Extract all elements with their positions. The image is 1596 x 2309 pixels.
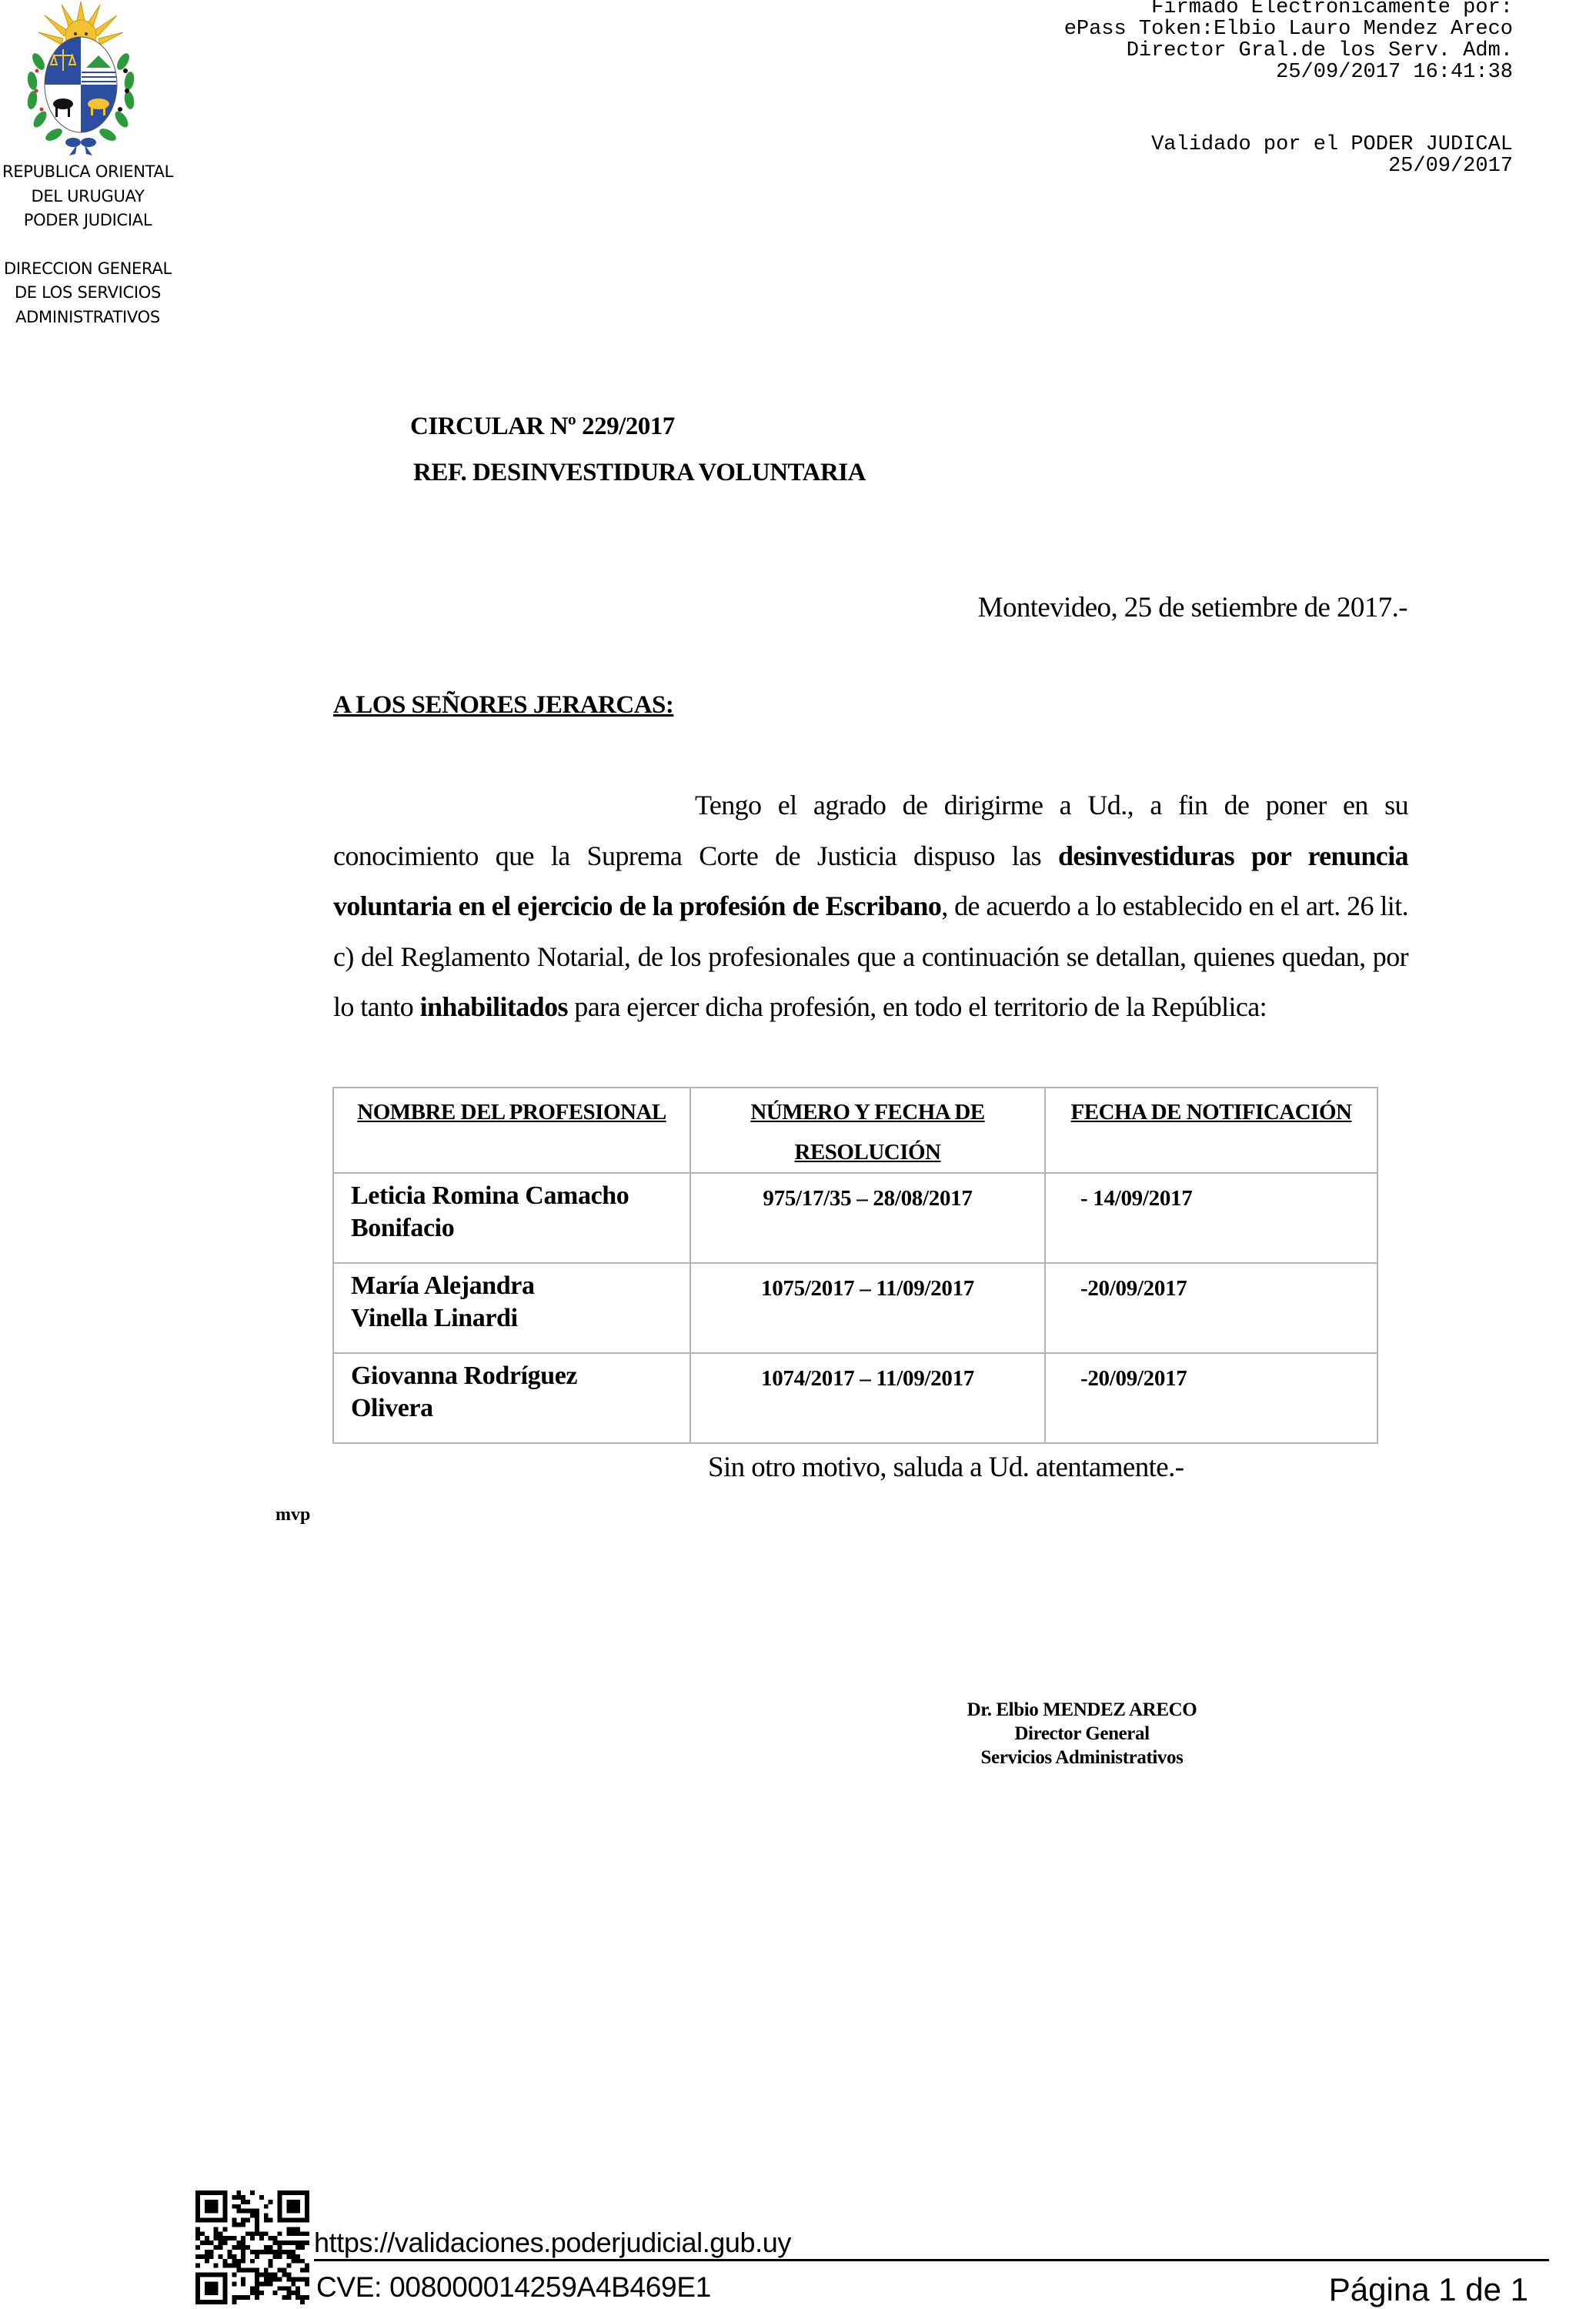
column-header-name: NOMBRE DEL PROFESIONAL — [333, 1088, 690, 1173]
name-line: Vinella Linardi — [351, 1304, 518, 1332]
name-line: Bonifacio — [351, 1214, 454, 1242]
cell-notification: - 14/09/2017 — [1045, 1173, 1377, 1263]
body-bold-text: inhabilitados — [420, 991, 568, 1022]
reference-line: REF. DESINVESTIDURA VOLUNTARIA — [413, 459, 866, 487]
page-number: Página 1 de 1 — [1329, 2271, 1528, 2308]
signer-block: Dr. Elbio MENDEZ ARECO Director General … — [928, 1698, 1236, 1769]
name-line: Leticia Romina Camacho — [351, 1181, 629, 1210]
place-date: Montevideo, 25 de setiembre de 2017.- — [978, 591, 1407, 624]
qr-code-icon — [195, 2190, 309, 2304]
org-line: ADMINISTRATIVOS — [0, 306, 175, 330]
stamp-line: Firmado Electrónicamente por: — [1064, 0, 1513, 18]
org-line: DE LOS SERVICIOS — [0, 281, 175, 306]
cell-name: Giovanna RodríguezOlivera — [333, 1353, 690, 1443]
signer-title: Director General — [928, 1722, 1236, 1746]
circular-number: CIRCULAR Nº 229/2017 — [410, 413, 675, 441]
validation-stamp: Validado por el PODER JUDICAL 25/09/2017 — [1151, 134, 1513, 177]
header-line: RESOLUCIÓN — [795, 1140, 941, 1165]
electronic-signature-stamp: Firmado Electrónicamente por: ePass Toke… — [1064, 0, 1513, 83]
cell-notification: -20/09/2017 — [1045, 1263, 1377, 1353]
name-line: María Alejandra — [351, 1271, 535, 1300]
signer-name: Dr. Elbio MENDEZ ARECO — [928, 1698, 1236, 1722]
salutation: A LOS SEÑORES JERARCAS: — [333, 691, 673, 720]
organization-header: REPUBLICA ORIENTAL DEL URUGUAY PODER JUD… — [0, 160, 175, 329]
cell-notification: -20/09/2017 — [1045, 1353, 1377, 1443]
name-line: Olivera — [351, 1394, 433, 1422]
org-line: PODER JUDICIAL — [0, 209, 175, 233]
signer-department: Servicios Administrativos — [928, 1746, 1236, 1769]
column-header-notification: FECHA DE NOTIFICACIÓN — [1045, 1088, 1377, 1173]
validation-url-link[interactable]: https://validaciones.poderjudicial.gub.u… — [314, 2227, 791, 2259]
body-paragraph: Tengo el agrado de dirigirme a Ud., a fi… — [333, 780, 1408, 1033]
name-line: Giovanna Rodríguez — [351, 1362, 577, 1390]
footer-divider — [314, 2259, 1549, 2261]
header-line: NÚMERO Y FECHA DE — [750, 1100, 984, 1124]
stamp-line: Director Gral.de los Serv. Adm. — [1064, 40, 1513, 62]
column-header-resolution: NÚMERO Y FECHA DE RESOLUCIÓN — [690, 1088, 1045, 1173]
stamp-line: 25/09/2017 — [1151, 155, 1513, 177]
uruguay-coat-of-arms-icon — [15, 0, 146, 158]
cell-resolution: 1074/2017 – 11/09/2017 — [690, 1353, 1045, 1443]
table-row: Giovanna RodríguezOlivera 1074/2017 – 11… — [333, 1353, 1377, 1443]
table-row: Leticia Romina CamachoBonifacio 975/17/3… — [333, 1173, 1377, 1263]
org-line: REPUBLICA ORIENTAL — [0, 160, 175, 185]
closing-line: Sin otro motivo, saluda a Ud. atentament… — [708, 1451, 1184, 1484]
cell-name: Leticia Romina CamachoBonifacio — [333, 1173, 690, 1263]
stamp-line: ePass Token:Elbio Lauro Mendez Areco — [1064, 18, 1513, 40]
body-text: para ejercer dicha profesión, en todo el… — [568, 991, 1267, 1022]
professionals-table: NOMBRE DEL PROFESIONAL NÚMERO Y FECHA DE… — [332, 1087, 1378, 1444]
cell-name: María AlejandraVinella Linardi — [333, 1263, 690, 1353]
table-header-row: NOMBRE DEL PROFESIONAL NÚMERO Y FECHA DE… — [333, 1088, 1377, 1173]
org-line: DEL URUGUAY — [0, 185, 175, 209]
stamp-line: Validado por el PODER JUDICAL — [1151, 134, 1513, 155]
org-line: DIRECCION GENERAL — [0, 257, 175, 282]
cve-code: CVE: 008000014259A4B469E1 — [316, 2271, 711, 2304]
cell-resolution: 1075/2017 – 11/09/2017 — [690, 1263, 1045, 1353]
cell-resolution: 975/17/35 – 28/08/2017 — [690, 1173, 1045, 1263]
typist-initials: mvp — [275, 1505, 310, 1525]
stamp-line: 25/09/2017 16:41:38 — [1064, 62, 1513, 83]
table-row: María AlejandraVinella Linardi 1075/2017… — [333, 1263, 1377, 1353]
